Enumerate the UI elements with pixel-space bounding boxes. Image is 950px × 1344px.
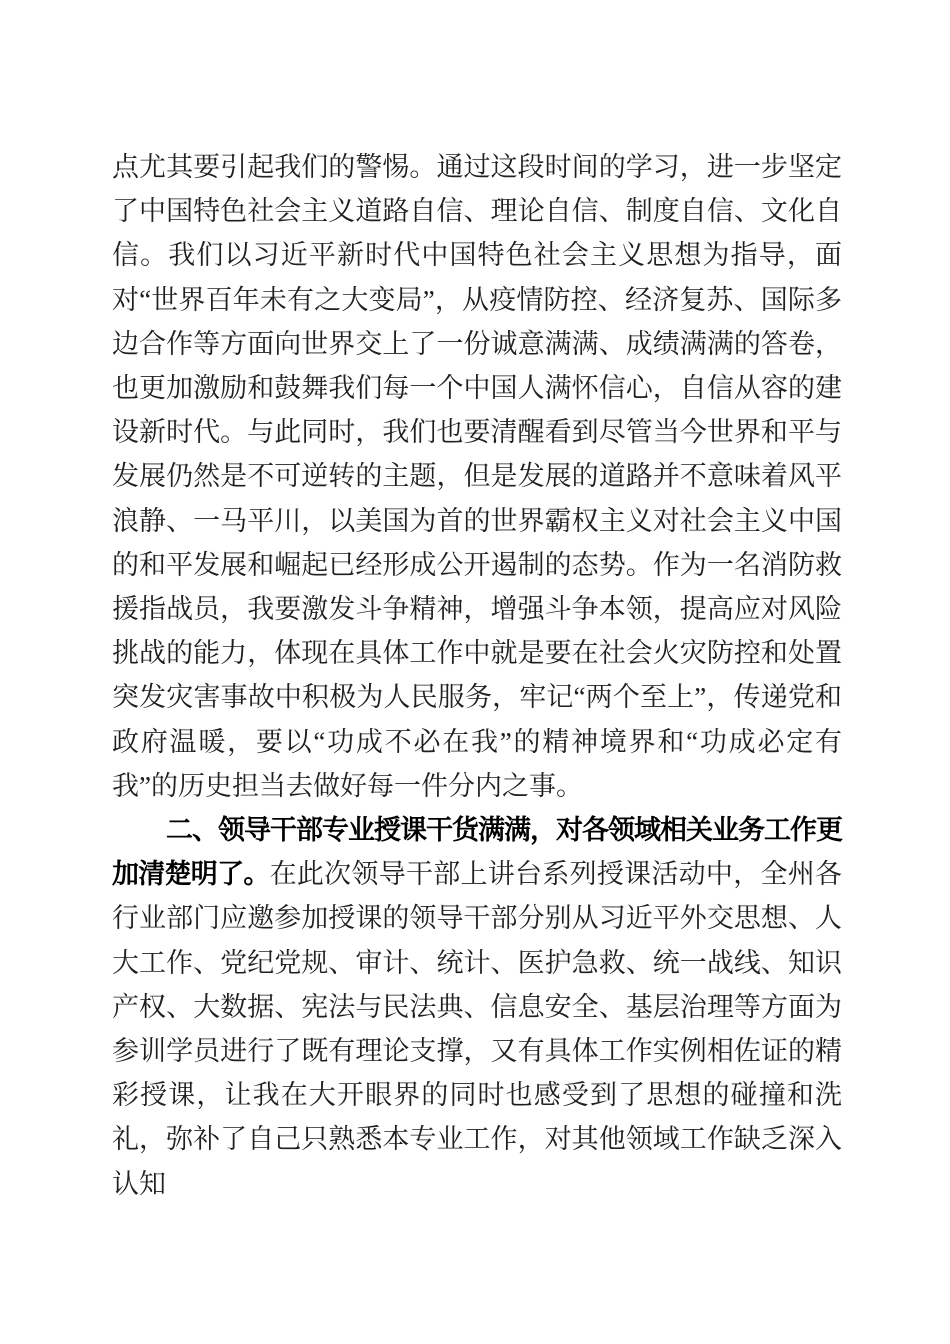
paragraph-section-two: 二、领导干部专业授课干货满满，对各领域相关业务工作更加清楚明了。在此次领导干部上… [112,808,842,1206]
paragraph-continuation: 点尤其要引起我们的警惕。通过这段时间的学习，进一步坚定了中国特色社会主义道路自信… [112,145,842,808]
document-page: 点尤其要引起我们的警惕。通过这段时间的学习，进一步坚定了中国特色社会主义道路自信… [0,0,950,1344]
document-body: 点尤其要引起我们的警惕。通过这段时间的学习，进一步坚定了中国特色社会主义道路自信… [112,145,842,1206]
body-text-run: 点尤其要引起我们的警惕。通过这段时间的学习，进一步坚定了中国特色社会主义道路自信… [112,152,842,801]
body-text-run: 在此次领导干部上讲台系列授课活动中，全州各行业部门应邀参加授课的领导干部分别从习… [112,859,842,1198]
